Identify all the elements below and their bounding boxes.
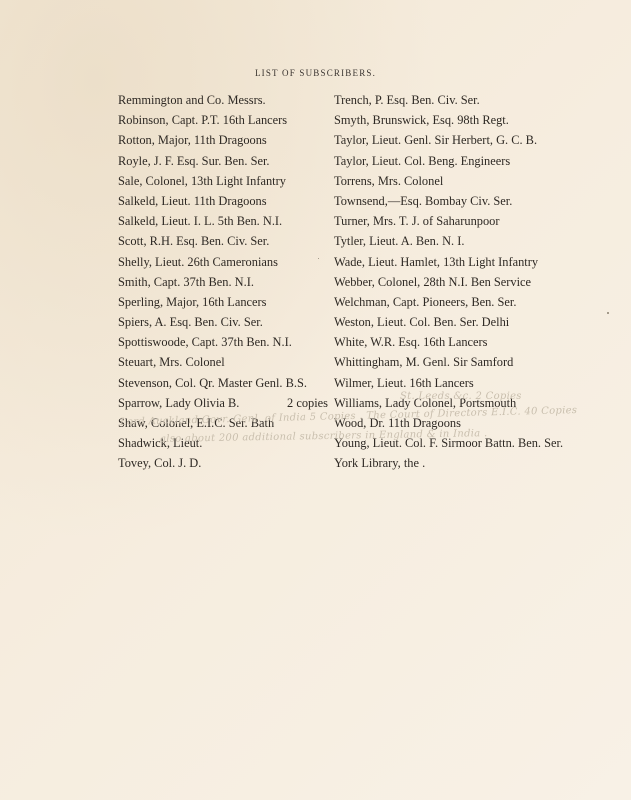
subscriber-entry: Salkeld, Lieut. 11th Dragoons	[118, 191, 328, 211]
paper-speck	[318, 258, 319, 259]
subscriber-name: Stevenson, Col. Qr. Master Genl. B.S.	[118, 376, 307, 390]
subscriber-entry: Taylor, Lieut. Col. Beng. Engineers	[334, 151, 574, 171]
subscriber-entry: Spiers, A. Esq. Ben. Civ. Ser.	[118, 312, 328, 332]
subscriber-entry: Sparrow, Lady Olivia B.2 copies	[118, 393, 328, 413]
subscriber-name: Welchman, Capt. Pioneers, Ben. Ser.	[334, 295, 516, 309]
page-title: LIST OF SUBSCRIBERS.	[0, 68, 631, 78]
subscriber-name: Steuart, Mrs. Colonel	[118, 355, 225, 369]
handwritten-note: St. Leeds &c. 2 Copies	[400, 391, 522, 402]
subscriber-entry: York Library, the .	[334, 453, 574, 473]
subscriber-name: Wilmer, Lieut. 16th Lancers	[334, 376, 474, 390]
subscriber-entry: Sperling, Major, 16th Lancers	[118, 292, 328, 312]
subscriber-entry: Steuart, Mrs. Colonel	[118, 352, 328, 372]
subscriber-entry: Tovey, Col. J. D.	[118, 453, 328, 473]
subscriber-name: Whittingham, M. Genl. Sir Samford	[334, 355, 513, 369]
subscriber-entry: Tytler, Lieut. A. Ben. N. I.	[334, 231, 574, 251]
subscriber-name: Sperling, Major, 16th Lancers	[118, 295, 267, 309]
subscriber-entry: Webber, Colonel, 28th N.I. Ben Service	[334, 272, 574, 292]
subscriber-entry: Salkeld, Lieut. I. L. 5th Ben. N.I.	[118, 211, 328, 231]
subscriber-name: Tovey, Col. J. D.	[118, 456, 201, 470]
subscriber-name: Taylor, Lieut. Genl. Sir Herbert, G. C. …	[334, 133, 537, 147]
subscriber-name: Torrens, Mrs. Colonel	[334, 174, 443, 188]
subscriber-entry: Scott, R.H. Esq. Ben. Civ. Ser.	[118, 231, 328, 251]
subscriber-entry: Royle, J. F. Esq. Sur. Ben. Ser.	[118, 151, 328, 171]
subscriber-name: White, W.R. Esq. 16th Lancers	[334, 335, 487, 349]
subscriber-entry: White, W.R. Esq. 16th Lancers	[334, 332, 574, 352]
subscriber-entry: Smith, Capt. 37th Ben. N.I.	[118, 272, 328, 292]
subscriber-entry: Townsend,—Esq. Bombay Civ. Ser.	[334, 191, 574, 211]
subscriber-entry: Stevenson, Col. Qr. Master Genl. B.S.	[118, 373, 328, 393]
subscriber-name: Sale, Colonel, 13th Light Infantry	[118, 174, 286, 188]
subscriber-entry: Trench, P. Esq. Ben. Civ. Ser.	[334, 90, 574, 110]
subscriber-entry: Welchman, Capt. Pioneers, Ben. Ser.	[334, 292, 574, 312]
subscriber-name: Spottiswoode, Capt. 37th Ben. N.I.	[118, 335, 292, 349]
subscriber-name: Salkeld, Lieut. I. L. 5th Ben. N.I.	[118, 214, 282, 228]
subscriber-name: Spiers, A. Esq. Ben. Civ. Ser.	[118, 315, 263, 329]
subscriber-name: Townsend,—Esq. Bombay Civ. Ser.	[334, 194, 512, 208]
subscriber-entry: Weston, Lieut. Col. Ben. Ser. Delhi	[334, 312, 574, 332]
subscriber-name: Rotton, Major, 11th Dragoons	[118, 133, 267, 147]
subscriber-name: Turner, Mrs. T. J. of Saharunpoor	[334, 214, 500, 228]
subscriber-entry: Smyth, Brunswick, Esq. 98th Regt.	[334, 110, 574, 130]
subscriber-entry: Robinson, Capt. P.T. 16th Lancers	[118, 110, 328, 130]
subscriber-name: Salkeld, Lieut. 11th Dragoons	[118, 194, 267, 208]
subscriber-entry: Shelly, Lieut. 26th Cameronians	[118, 252, 328, 272]
subscriber-entry: Wilmer, Lieut. 16th Lancers	[334, 373, 574, 393]
subscriber-entry: Turner, Mrs. T. J. of Saharunpoor	[334, 211, 574, 231]
subscriber-name: Robinson, Capt. P.T. 16th Lancers	[118, 113, 287, 127]
subscriber-name: Trench, P. Esq. Ben. Civ. Ser.	[334, 93, 480, 107]
subscriber-name: Smyth, Brunswick, Esq. 98th Regt.	[334, 113, 509, 127]
subscriber-name: Remmington and Co. Messrs.	[118, 93, 266, 107]
document-page: LIST OF SUBSCRIBERS. Remmington and Co. …	[0, 0, 631, 800]
subscriber-name: Tytler, Lieut. A. Ben. N. I.	[334, 234, 464, 248]
subscriber-name: Smith, Capt. 37th Ben. N.I.	[118, 275, 254, 289]
subscriber-name: Shelly, Lieut. 26th Cameronians	[118, 255, 278, 269]
copies-count: 2 copies	[287, 393, 328, 413]
subscriber-entry: Remmington and Co. Messrs.	[118, 90, 328, 110]
subscriber-name: Taylor, Lieut. Col. Beng. Engineers	[334, 154, 510, 168]
subscriber-entry: Rotton, Major, 11th Dragoons	[118, 130, 328, 150]
subscriber-name: Royle, J. F. Esq. Sur. Ben. Ser.	[118, 154, 270, 168]
subscriber-entry: Torrens, Mrs. Colonel	[334, 171, 574, 191]
subscriber-name: Wade, Lieut. Hamlet, 13th Light Infantry	[334, 255, 538, 269]
subscriber-name: York Library, the .	[334, 456, 425, 470]
subscriber-name: Webber, Colonel, 28th N.I. Ben Service	[334, 275, 531, 289]
paper-speck	[607, 312, 609, 314]
subscriber-entry: Whittingham, M. Genl. Sir Samford	[334, 352, 574, 372]
subscriber-name: Weston, Lieut. Col. Ben. Ser. Delhi	[334, 315, 509, 329]
subscriber-name: Scott, R.H. Esq. Ben. Civ. Ser.	[118, 234, 269, 248]
subscriber-entry: Spottiswoode, Capt. 37th Ben. N.I.	[118, 332, 328, 352]
subscriber-entry: Sale, Colonel, 13th Light Infantry	[118, 171, 328, 191]
subscriber-name: Sparrow, Lady Olivia B.	[118, 396, 239, 410]
subscriber-entry: Wade, Lieut. Hamlet, 13th Light Infantry	[334, 252, 574, 272]
subscriber-entry: Taylor, Lieut. Genl. Sir Herbert, G. C. …	[334, 130, 574, 150]
